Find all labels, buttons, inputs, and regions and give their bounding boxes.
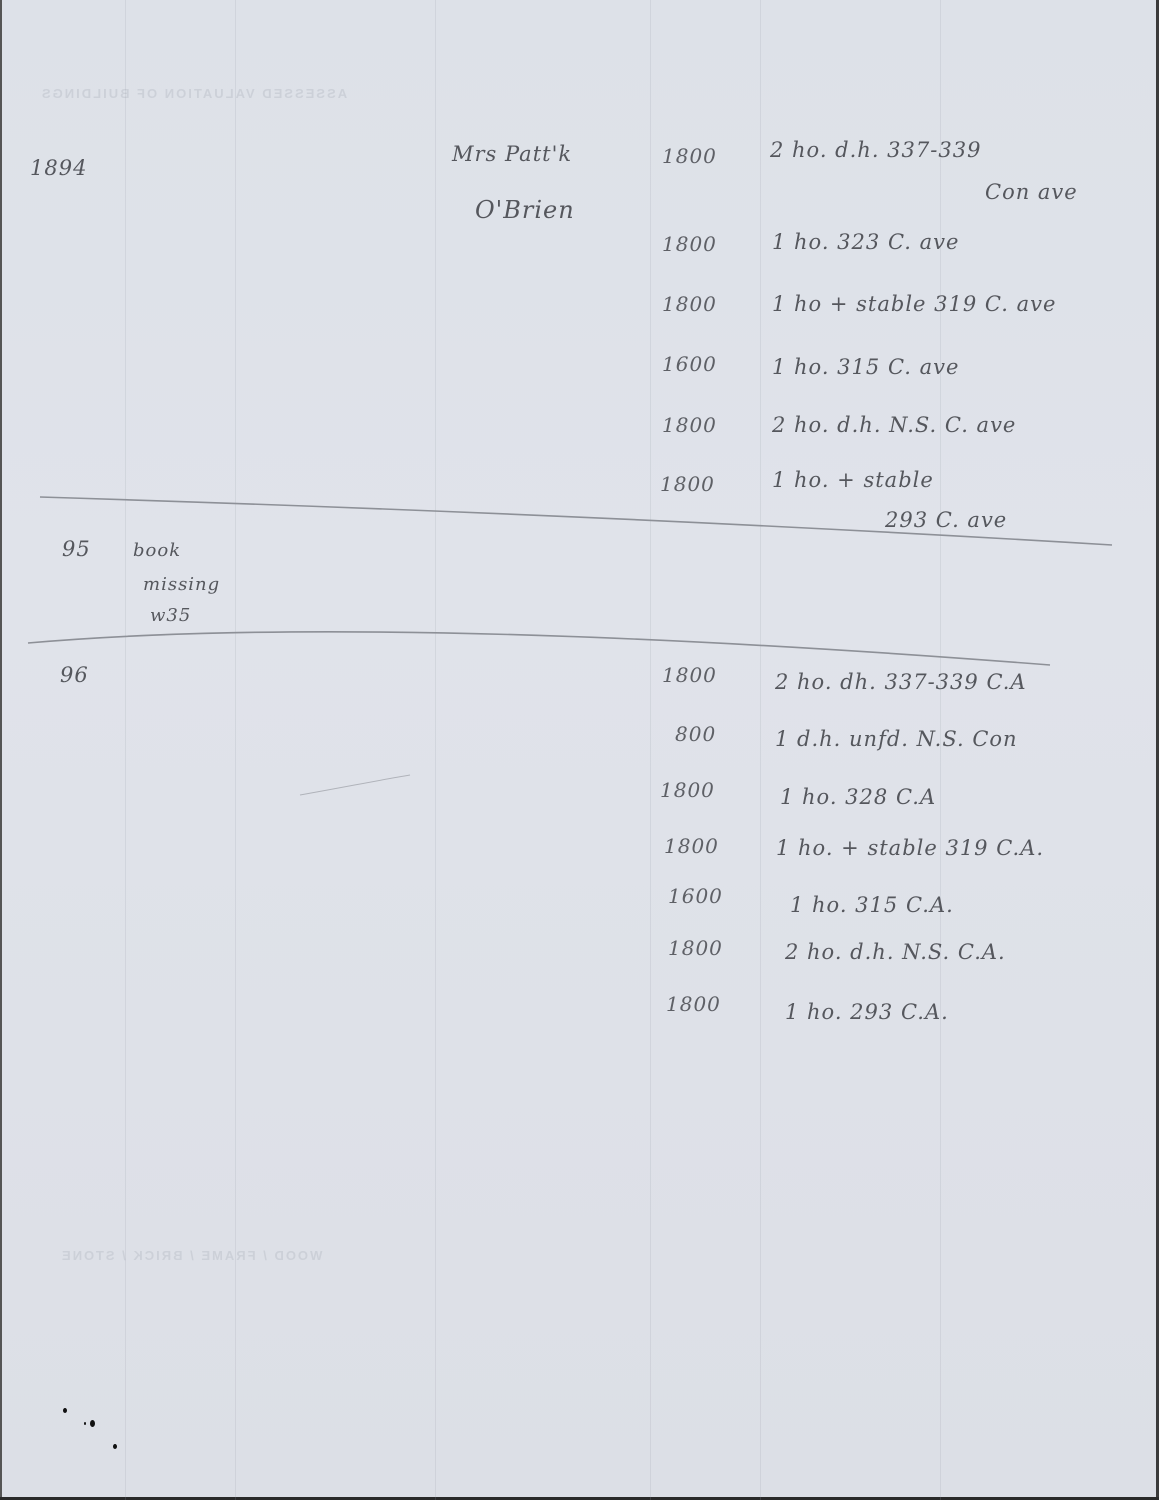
- year-95: 95: [62, 537, 91, 561]
- entry-value: 1800: [666, 992, 721, 1016]
- entry-value: 1600: [662, 352, 717, 376]
- entry-value: 1800: [662, 232, 717, 256]
- year-1894: 1894: [30, 156, 87, 180]
- ink-spot: [113, 1444, 117, 1449]
- ink-spot: [90, 1420, 95, 1427]
- entry-description: 1 ho. 315 C. ave: [772, 355, 959, 379]
- entry-description: 1 ho. + stable: [772, 468, 934, 492]
- entry-description: 2 ho. d.h. N.S. C. ave: [772, 413, 1016, 437]
- entry-description: 1 ho + stable 319 C. ave: [772, 292, 1056, 316]
- entry-value: 800: [675, 722, 716, 746]
- entry-value: 1800: [662, 663, 717, 687]
- ledger-page: ASSESSED VALUATION OF BUILDINGS WOOD / F…: [0, 0, 1159, 1500]
- entry-description-cont: Con ave: [985, 180, 1078, 204]
- entry-value: 1800: [662, 413, 717, 437]
- entry-description: 2 ho. d.h. 337-339: [770, 138, 981, 162]
- entry-value: 1600: [668, 884, 723, 908]
- owner-name-line1: Mrs Patt'k: [452, 142, 572, 166]
- owner-name-line2: O'Brien: [475, 196, 575, 224]
- entry-value: 1800: [662, 144, 717, 168]
- entry-description: 2 ho. d.h. N.S. C.A.: [785, 940, 1006, 964]
- entry-description-cont: 293 C. ave: [885, 508, 1007, 532]
- entry-description: 2 ho. dh. 337-339 C.A: [775, 670, 1027, 694]
- entry-value: 1800: [660, 778, 715, 802]
- entry-description: 1 ho. 293 C.A.: [785, 1000, 949, 1024]
- note-line2: missing: [143, 574, 220, 595]
- entry-value: 1800: [660, 472, 715, 496]
- note-line1: book: [133, 540, 181, 561]
- entry-value: 1800: [664, 834, 719, 858]
- entry-description: 1 ho. 328 C.A: [780, 785, 936, 809]
- entry-description: 1 ho. + stable 319 C.A.: [776, 836, 1044, 860]
- entry-description: 1 d.h. unfd. N.S. Con: [775, 727, 1018, 751]
- entry-description: 1 ho. 315 C.A.: [790, 893, 954, 917]
- entry-description: 1 ho. 323 C. ave: [772, 230, 959, 254]
- ink-spot: [84, 1422, 86, 1425]
- ink-spot: [63, 1408, 67, 1413]
- entry-value: 1800: [662, 292, 717, 316]
- entry-value: 1800: [668, 936, 723, 960]
- year-96: 96: [60, 663, 89, 687]
- note-line3: w35: [150, 605, 191, 626]
